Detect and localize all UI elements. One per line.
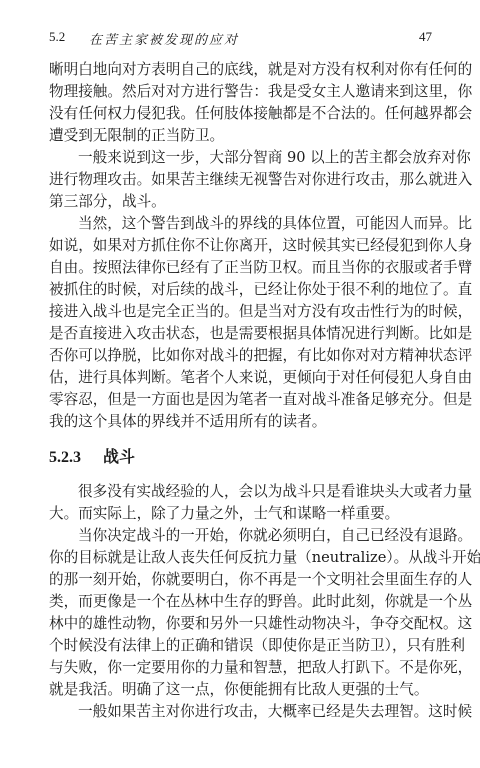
subsection-number: 5.2.3 [49,449,81,466]
text-line: 的那一刻开始，你就要明白，你不再是一个文明社会里面生存的人 [49,569,432,591]
text-line: 接进入战斗也是完全正当的。但是当对方没有攻击性行为的时候， [49,301,432,323]
text-line: 是否直接进入攻击状态，也是需要根据具体情况进行判断。比如是 [49,323,432,345]
text-line: 一般如果苦主对你进行攻击，大概率已经是失去理智。这时候 [49,701,432,723]
text-line: 物理接触。然后对对方进行警告：我是受女主人邀请来到这里，你 [49,81,432,103]
subsection-heading: 5.2.3战斗 [49,446,135,469]
text-line: 进行物理攻击。如果苦主继续无视警告对你进行攻击，那么就进入 [49,169,432,191]
text-line: 当你决定战斗的一开始，你就必须明白，自己已经没有退路。 [49,525,432,547]
text-line: 当然，这个警告到战斗的界线的具体位置，可能因人而异。比 [49,213,432,235]
subsection-title: 战斗 [103,447,135,466]
text-line: 晰明白地向对方表明自己的底线，就是对方没有权利对你有任何的 [49,59,432,81]
text-line: 很多没有实战经验的人，会以为战斗只是看谁块头大或者力量 [49,481,432,503]
text-line: 第三部分，战斗。 [49,191,432,213]
text-line: 大。而实际上，除了力量之外，士气和谋略一样重要。 [49,503,432,525]
text-line: 没有任何权力侵犯我。任何肢体接触都是不合法的。任何越界都会 [49,103,432,125]
text-line: 被抓住的时候，对后续的战斗，已经让你处于很不利的地位了。直 [49,279,432,301]
header-section-title: 在苦主家被发现的应对 [89,29,239,48]
text-line: 林中的雄性动物，你要和另外一只雄性动物决斗，争夺交配权。这 [49,613,432,635]
text-line: 类，而更像是一个在丛林中生存的野兽。此时此刻，你就是一个丛 [49,591,432,613]
header-section-number: 5.2 [49,29,65,45]
text-line: 你的目标就是让敌人丧失任何反抗力量（neutralize）。从战斗开始 [49,547,432,569]
text-line: 如说，如果对方抓住你不让你离开，这时候其实已经侵犯到你人身 [49,235,432,257]
text-line: 自由。按照法律你已经有了正当防卫权。而且当你的衣服或者手臂 [49,257,432,279]
body-text-block-1: 晰明白地向对方表明自己的底线，就是对方没有权利对你有任何的物理接触。然后对对方进… [49,59,432,433]
page-number: 47 [419,29,432,45]
body-text-block-2: 很多没有实战经验的人，会以为战斗只是看谁块头大或者力量大。而实际上，除了力量之外… [49,481,432,723]
text-line: 一般来说到这一步，大部分智商 90 以上的苦主都会放弃对你 [49,147,432,169]
text-line: 遭受到无限制的正当防卫。 [49,125,432,147]
text-line: 与失败，你一定要用你的力量和智慧，把敌人打趴下。不是你死， [49,657,432,679]
text-line: 我的这个具体的界线并不适用所有的读者。 [49,411,432,433]
text-line: 就是我活。明确了这一点，你便能拥有比敌人更强的士气。 [49,679,432,701]
text-line: 零容忍，但是一方面也是因为笔者一直对战斗准备足够充分。但是 [49,389,432,411]
text-line: 否你可以挣脱，比如你对战斗的把握，有比如你对对方精神状态评 [49,345,432,367]
text-line: 个时候没有法律上的正确和错误（即使你是正当防卫），只有胜利 [49,635,432,657]
text-line: 估，进行具体判断。笔者个人来说，更倾向于对任何侵犯人身自由 [49,367,432,389]
running-header: 5.2 在苦主家被发现的应对 47 [49,29,432,47]
